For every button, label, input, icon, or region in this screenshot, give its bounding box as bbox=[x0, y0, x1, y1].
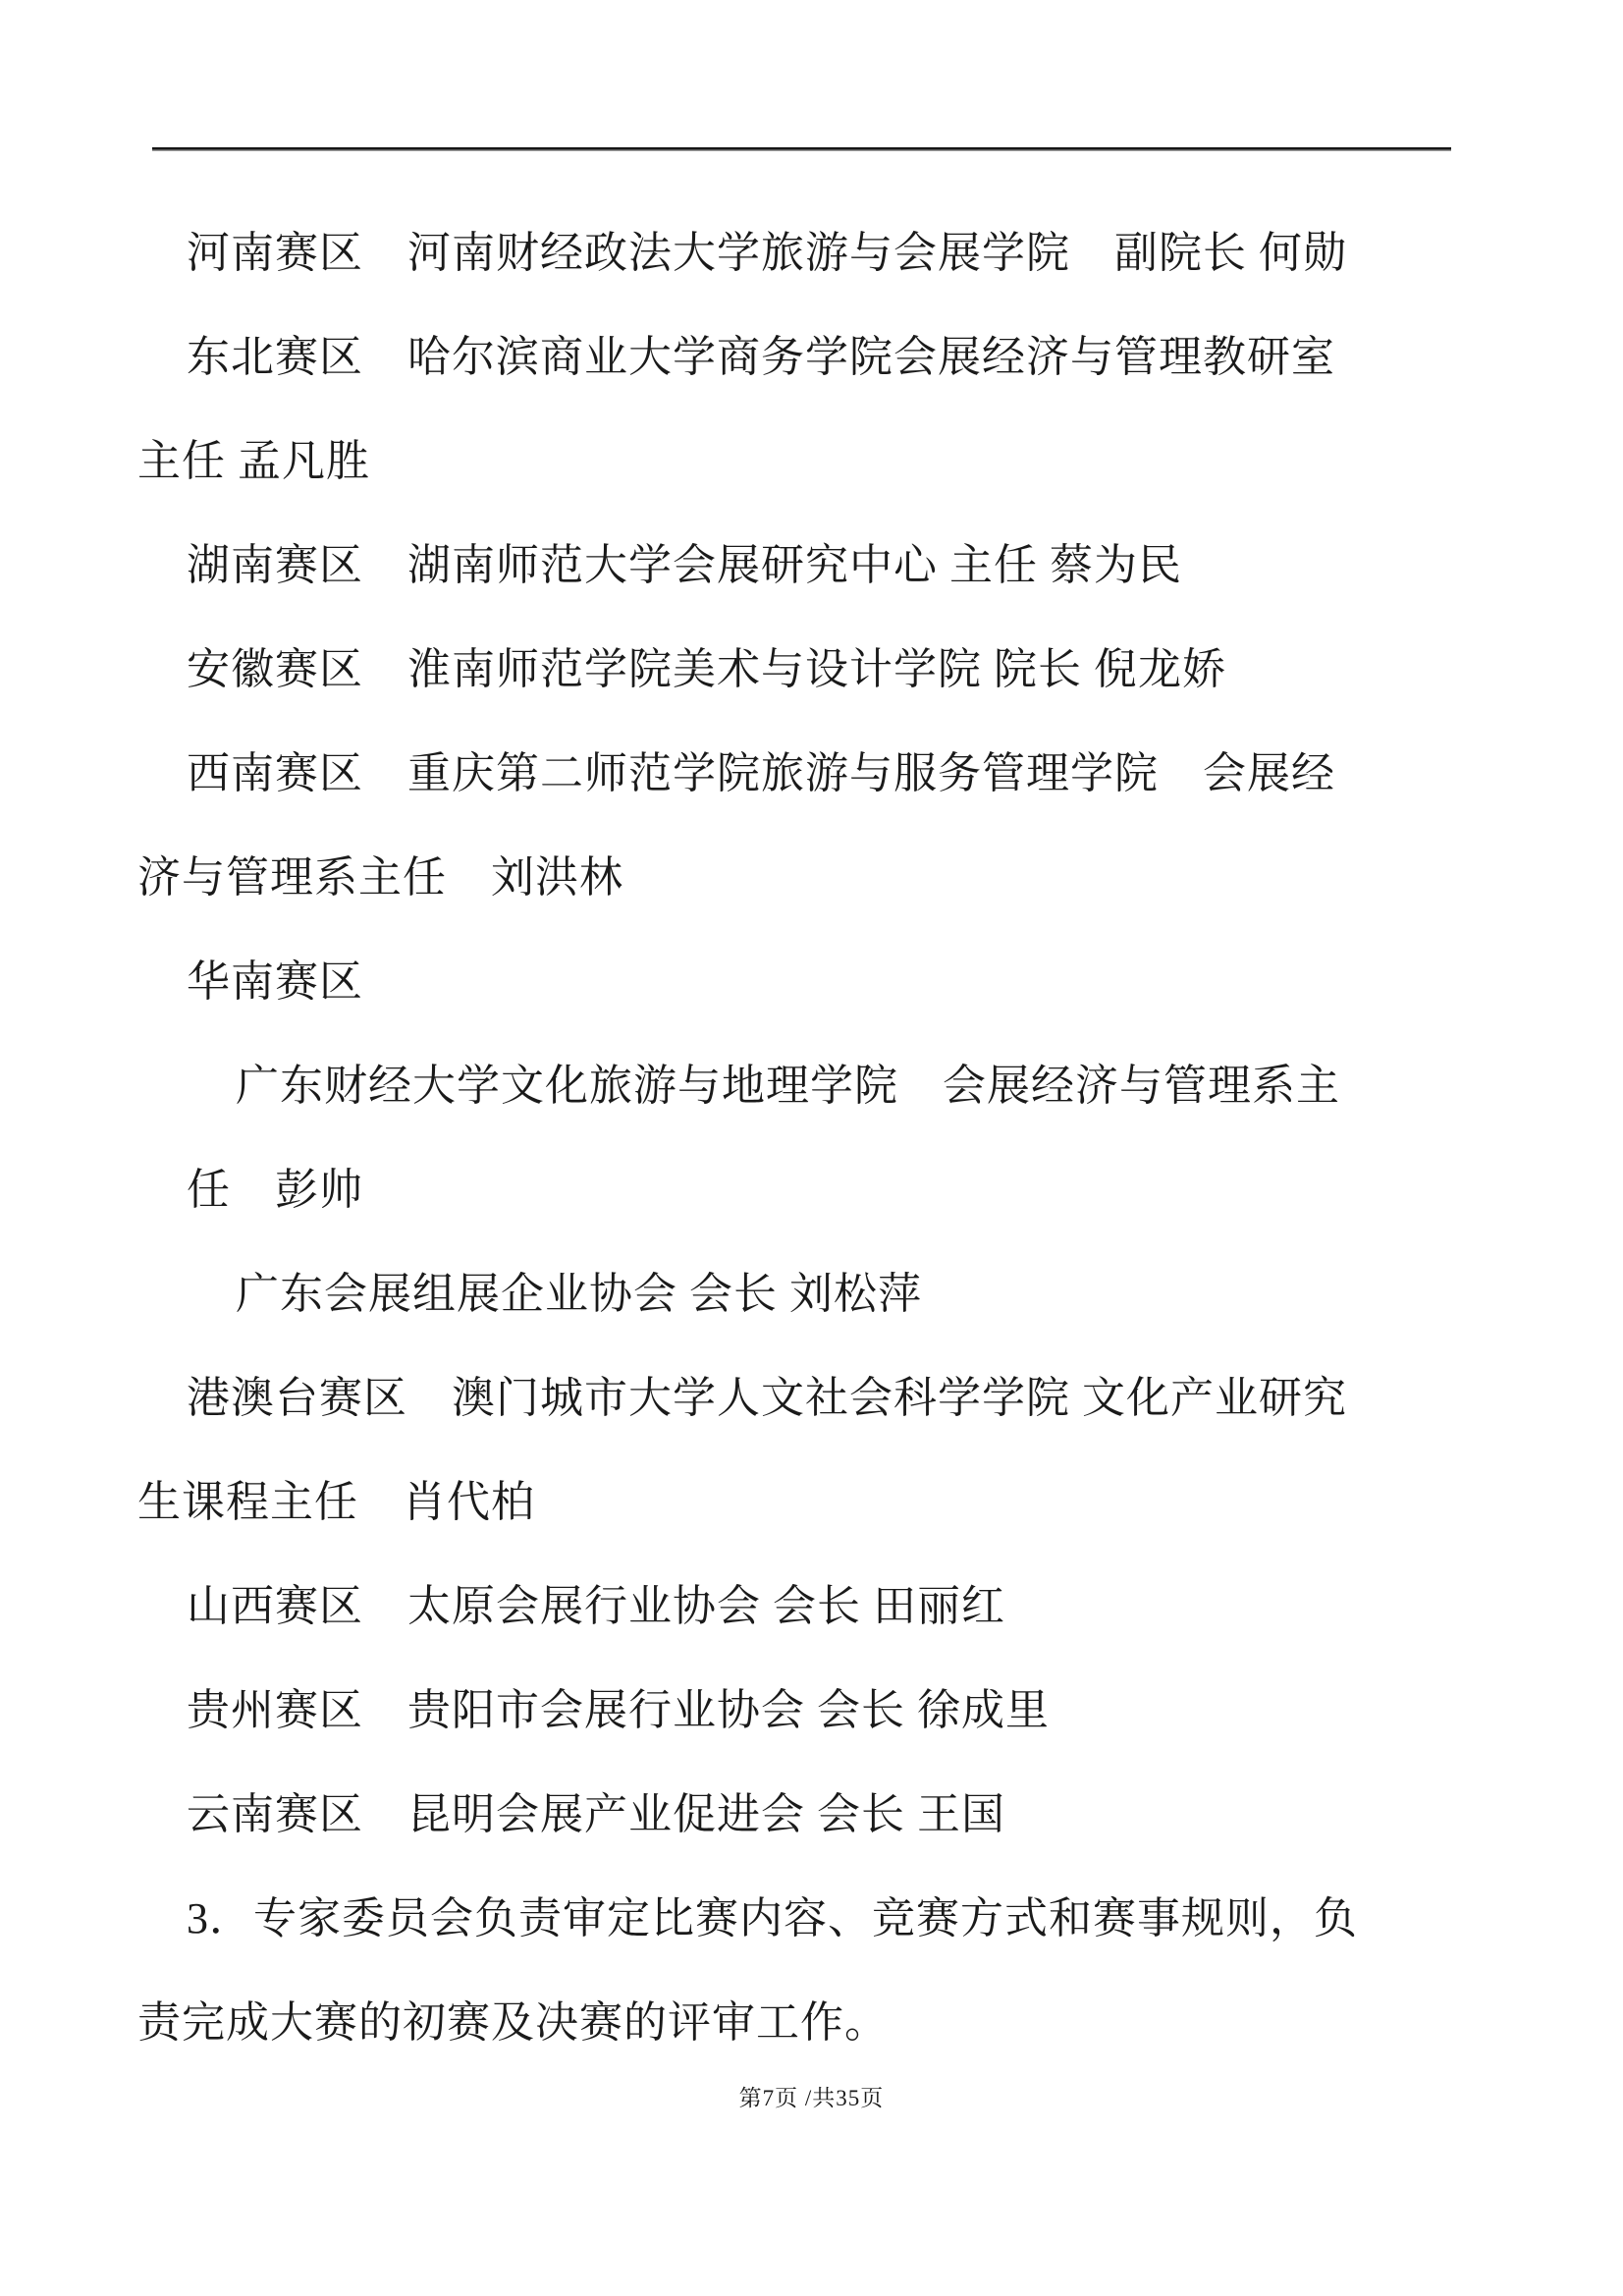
text-line: 西南赛区 重庆第二师范学院旅游与服务管理学院 会展经 bbox=[137, 722, 1473, 826]
page-footer: 第7页 /共35页 bbox=[0, 2080, 1623, 2112]
text-line: 河南赛区 河南财经政法大学旅游与会展学院 副院长 何勋 bbox=[137, 201, 1473, 305]
text-line: 责完成大赛的初赛及决赛的评审工作。 bbox=[137, 1971, 1473, 2075]
text-line: 贵州赛区 贵阳市会展行业协会 会长 徐成里 bbox=[137, 1659, 1473, 1763]
text-line: 广东会展组展企业协会 会长 刘松萍 bbox=[137, 1242, 1473, 1346]
header-rule bbox=[152, 147, 1451, 151]
document-page: 河南赛区 河南财经政法大学旅游与会展学院 副院长 何勋 东北赛区 哈尔滨商业大学… bbox=[0, 0, 1623, 2296]
document-body: 河南赛区 河南财经政法大学旅游与会展学院 副院长 何勋 东北赛区 哈尔滨商业大学… bbox=[137, 201, 1473, 2075]
text-line: 济与管理系主任 刘洪林 bbox=[137, 826, 1473, 930]
text-line: 3．专家委员会负责审定比赛内容、竞赛方式和赛事规则，负 bbox=[137, 1867, 1473, 1971]
text-line: 湖南赛区 湖南师范大学会展研究中心 主任 蔡为民 bbox=[137, 514, 1473, 618]
text-line: 安徽赛区 淮南师范学院美术与设计学院 院长 倪龙娇 bbox=[137, 618, 1473, 722]
text-line: 主任 孟凡胜 bbox=[137, 410, 1473, 514]
text-line: 山西赛区 太原会展行业协会 会长 田丽红 bbox=[137, 1555, 1473, 1659]
text-line: 华南赛区 bbox=[137, 930, 1473, 1034]
text-line: 任 彭帅 bbox=[137, 1138, 1473, 1242]
text-line: 广东财经大学文化旅游与地理学院 会展经济与管理系主 bbox=[137, 1034, 1473, 1138]
text-line: 港澳台赛区 澳门城市大学人文社会科学学院 文化产业研究 bbox=[137, 1346, 1473, 1450]
text-line: 东北赛区 哈尔滨商业大学商务学院会展经济与管理教研室 bbox=[137, 305, 1473, 410]
text-line: 云南赛区 昆明会展产业促进会 会长 王国 bbox=[137, 1763, 1473, 1867]
text-line: 生课程主任 肖代柏 bbox=[137, 1450, 1473, 1555]
page-number-label: 第7页 /共35页 bbox=[739, 2086, 885, 2110]
